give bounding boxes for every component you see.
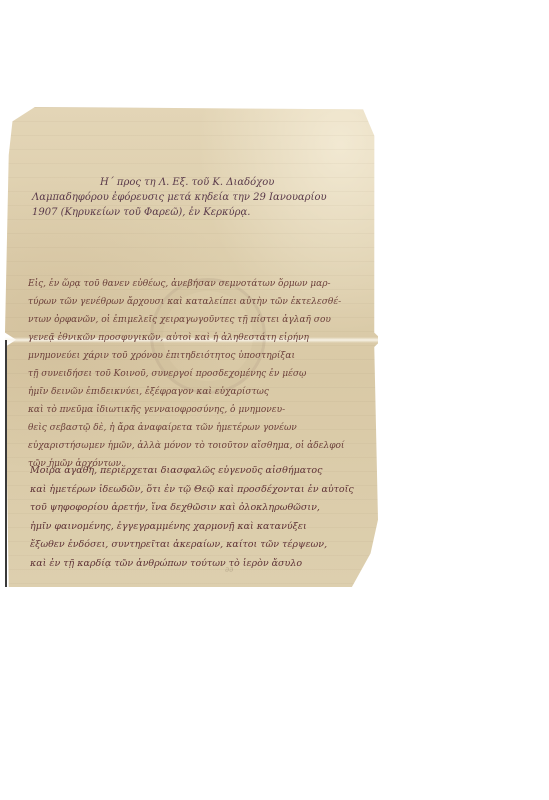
scan-edge-shadow xyxy=(5,340,7,587)
text-line: τῇ συνειδήσει τοῦ Κοινοῦ, συνεργοί προσδ… xyxy=(28,365,373,383)
document-heading: Η΄ προς τη Λ. Εξ. τοῦ Κ. Διαδόχου Λαμπαδ… xyxy=(30,175,370,220)
heading-line-2: Λαμπαδηφόρου ἐφόρευσις μετά κηδεία την 2… xyxy=(30,190,370,205)
text-line: ἡμῖν δεινῶν ἐπιδεικνύει, ἐξέφραγον καὶ ε… xyxy=(28,383,373,401)
text-line: τύρων τῶν γενέθρων ἄρχουσι καὶ καταλείπε… xyxy=(28,293,373,311)
text-line: ντων ὀρφανῶν, οἱ ἐπιμελεῖς χειραγωγοῦντε… xyxy=(28,311,373,329)
text-line: καὶ τὸ πνεῦμα ἰδιωτικῆς γενναιοφροσύνης,… xyxy=(28,401,373,419)
text-line: τοῦ ψηφοφορίου ἀρετήν, ἵνα δεχθῶσιν καὶ … xyxy=(30,499,375,518)
text-line: εὐχαριστήσωμεν ἡμῶν, ἀλλὰ μόνον τὸ τοιοῦ… xyxy=(28,437,373,455)
text-line: καὶ ἡμετέρων ἰδεωδῶν, ὅτι ἐν τῷ Θεῷ καὶ … xyxy=(30,481,375,500)
text-line: θεὶς σεβαστῷ δὲ, ἡ ἄρα ἀναφαίρετα τῶν ἡμ… xyxy=(28,419,373,437)
text-line: μνημονεύει χάριν τοῦ χρόνου ἐπιτηδειότητ… xyxy=(28,347,373,365)
text-line: Μοῖρα ἀγαθή, περιέρχεται διασφαλῶς εὐγεν… xyxy=(30,462,375,481)
paragraph-2: Μοῖρα ἀγαθή, περιέρχεται διασφαλῶς εὐγεν… xyxy=(30,462,375,574)
heading-line-3: 1907 (Κηρυκείων τοῦ Φαρεῶ), ἐν Κερκύρᾳ. xyxy=(30,205,370,220)
heading-line-1: Η΄ προς τη Λ. Εξ. τοῦ Κ. Διαδόχου xyxy=(30,175,370,190)
text-line: Εἰς, ἐν ὥρᾳ τοῦ θανεν εὐθέως, ἀνεβήσαν σ… xyxy=(28,275,373,293)
paragraph-1: Εἰς, ἐν ὥρᾳ τοῦ θανεν εὐθέως, ἀνεβήσαν σ… xyxy=(28,275,373,473)
text-line: γενεᾷ ἐθνικῶν προσφυγικῶν, αὐτοὶ καὶ ἡ ἀ… xyxy=(28,329,373,347)
margin-mark: ∂∂ xyxy=(225,565,233,574)
text-line: ἡμῖν φαινομένης, ἐγγεγραμμένης χαρμονῇ κ… xyxy=(30,518,375,537)
text-line: ἔξωθεν ἐνδόσει, συντηρεῖται ἀκεραίων, κα… xyxy=(30,536,375,555)
text-line: καὶ ἐν τῇ καρδίᾳ τῶν ἀνθρώπων τούτων τὸ … xyxy=(30,555,375,574)
